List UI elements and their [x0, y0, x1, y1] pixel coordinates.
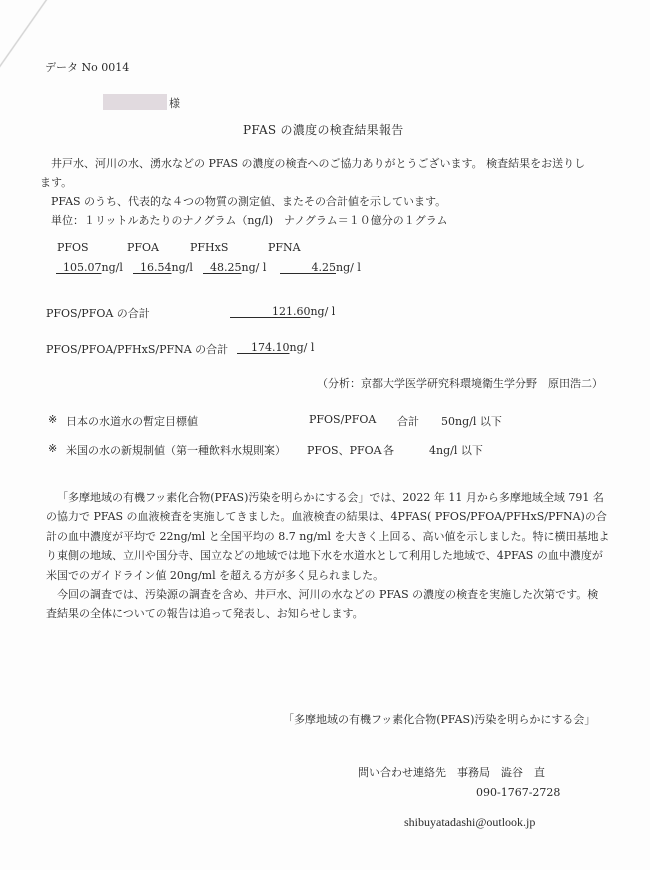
standard-substances: PFOS/PFOA: [309, 413, 376, 426]
measurement-name-pfos: PFOS: [57, 241, 89, 254]
measurement-value-pfna: 4.25ng/ l: [280, 261, 361, 274]
standard-limit: 4ng/l 以下: [429, 442, 483, 458]
standard-label: 米国の水の新規制値（第一種飲料水規則案）: [66, 442, 286, 458]
standard-label: 日本の水道水の暫定目標値: [66, 413, 198, 429]
total-pfos-pfoa-value: 121.60ng/ l: [230, 305, 335, 318]
measurement-value-pfos: 105.07ng/l: [56, 261, 123, 274]
standard-qualifier: 合計: [397, 413, 419, 429]
body-line: の協力で PFAS の血液検査を実施してきました。血液検査の結果は、4PFAS(…: [46, 507, 618, 526]
measurement-name-pfoa: PFOA: [127, 241, 159, 254]
body-line: 「多摩地域の有機フッ素化合物(PFAS)汚染を明らかにする会」では、2022 年…: [46, 488, 618, 507]
total-pfos-pfoa-label: PFOS/PFOA の合計: [46, 305, 150, 321]
body-line: 計の血中濃度が平均で 22ng/ml と全国平均の 8.7 ng/ml を大きく…: [46, 527, 618, 546]
intro-line: 井戸水、河川の水、湧水などの PFAS の濃度の検査へのご協力ありがとうございま…: [40, 154, 612, 173]
paper-fold-shadow: [0, 0, 50, 71]
document-title: PFAS の濃度の検査結果報告: [243, 121, 404, 138]
measurement-name-pfhxs: PFHxS: [190, 241, 228, 254]
measurement-value-pfhxs: 48.25ng/ l: [203, 261, 266, 274]
organization-name: 「多摩地域の有機フッ素化合物(PFAS)汚染を明らかにする会」: [283, 711, 595, 727]
intro-line: PFAS のうち、代表的な４つの物質の測定値、またその合計値を示しています。: [40, 192, 612, 211]
body-line: 査結果の全体についての報告は追って発表し、お知らせします。: [46, 604, 618, 623]
note-mark: ※: [48, 413, 57, 426]
redacted-recipient-name: [103, 94, 167, 110]
intro-section: 井戸水、河川の水、湧水などの PFAS の濃度の検査へのご協力ありがとうございま…: [40, 154, 612, 230]
total-all-four-label: PFOS/PFOA/PFHxS/PFNA の合計: [46, 341, 228, 357]
measurement-name-pfna: PFNA: [268, 241, 301, 254]
note-mark: ※: [48, 442, 57, 455]
measurement-value-pfoa: 16.54ng/l: [133, 261, 193, 274]
contact-phone: 090-1767-2728: [476, 786, 560, 799]
contact-label: 問い合わせ連絡先 事務局 澁谷 直: [358, 764, 545, 780]
standard-substances: PFOS、PFOA: [307, 442, 382, 458]
body-line: り東側の地域、立川や国分寺、国立などの地域では地下水を水道水として利用した地域で…: [46, 546, 618, 565]
units-note: 単位：１リットルあたりのナノグラム（ng/l) ナノグラム＝１０億分の１グラム: [40, 211, 612, 230]
analysis-credit: （分析：京都大学医学研究科環境衛生学分野 原田浩二）: [317, 375, 603, 391]
contact-email: shibuyatadashi@outlook.jp: [404, 815, 535, 830]
body-section: 「多摩地域の有機フッ素化合物(PFAS)汚染を明らかにする会」では、2022 年…: [46, 488, 618, 624]
total-all-four-value: 174.10ng/ l: [237, 341, 314, 354]
data-number: データ No 0014: [45, 59, 129, 75]
standard-qualifier: 各: [383, 442, 394, 458]
body-line: 米国でのガイドライン値 20ng/ml を超える方が多く見られました。: [46, 566, 618, 585]
recipient-honorific: 様: [169, 95, 180, 111]
intro-line: ます。: [40, 173, 612, 192]
standard-limit: 50ng/l 以下: [441, 413, 502, 429]
body-line: 今回の調査では、汚染源の調査を含め、井戸水、河川の水などの PFAS の濃度の検…: [46, 585, 618, 604]
scanned-document-page: データ No 0014 様 PFAS の濃度の検査結果報告 井戸水、河川の水、湧…: [0, 0, 650, 870]
